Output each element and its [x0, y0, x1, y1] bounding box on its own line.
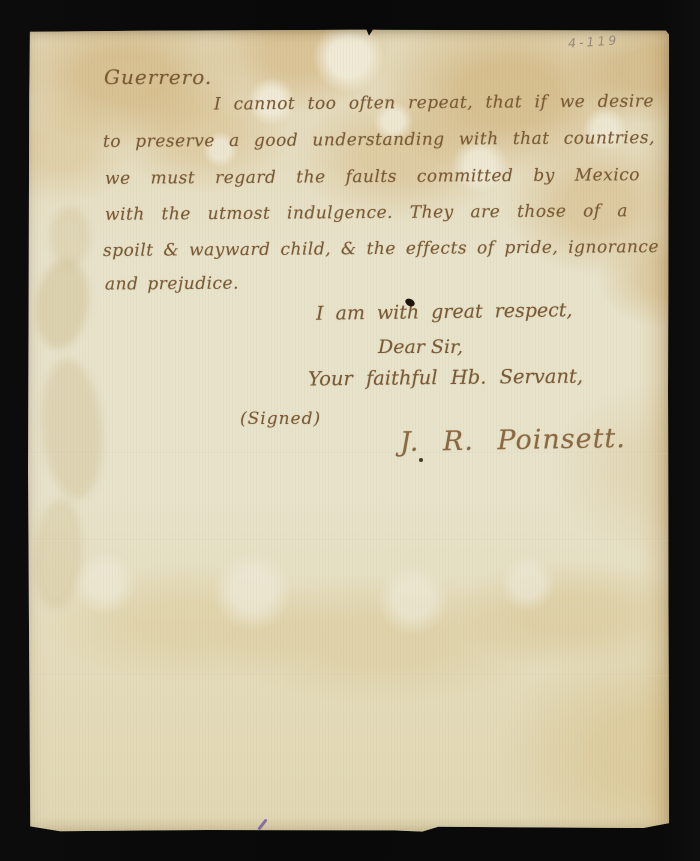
- body-line: and prejudice.: [105, 274, 245, 295]
- closing-line: Your faithful Hb. Servant,: [308, 365, 583, 391]
- bleed-through-stain: [36, 357, 108, 502]
- bleed-through-stain: [30, 256, 94, 352]
- fold-crease: [28, 539, 669, 541]
- fold-crease: [28, 674, 669, 676]
- closing-line: I am with great respect,: [316, 299, 573, 325]
- scan-background: 4-119 Guerrero. I cannot too often repea…: [0, 0, 700, 861]
- closing-line: Dear Sir,: [378, 336, 463, 358]
- bleed-through-stain: [50, 207, 90, 267]
- ink-dot: [419, 458, 423, 462]
- purple-pen-mark: [257, 818, 267, 830]
- body-line: we must regard the faults committed by M…: [105, 165, 640, 189]
- bleed-through-stain: [30, 497, 86, 610]
- body-line: spoilt & wayward child, & the effects of…: [103, 237, 659, 261]
- body-line: with the utmost indulgence. They are tho…: [105, 201, 628, 225]
- letter-paper: 4-119 Guerrero. I cannot too often repea…: [28, 29, 669, 832]
- signed-notation: (Signed): [240, 409, 321, 429]
- body-line: to preserve a good understanding with th…: [103, 128, 655, 152]
- body-line: I cannot too often repeat, that if we de…: [214, 91, 654, 114]
- archival-annotation: 4-119: [568, 32, 620, 51]
- signature: J. R. Poinsett.: [400, 423, 626, 458]
- letter-salutation: Guerrero.: [104, 65, 212, 89]
